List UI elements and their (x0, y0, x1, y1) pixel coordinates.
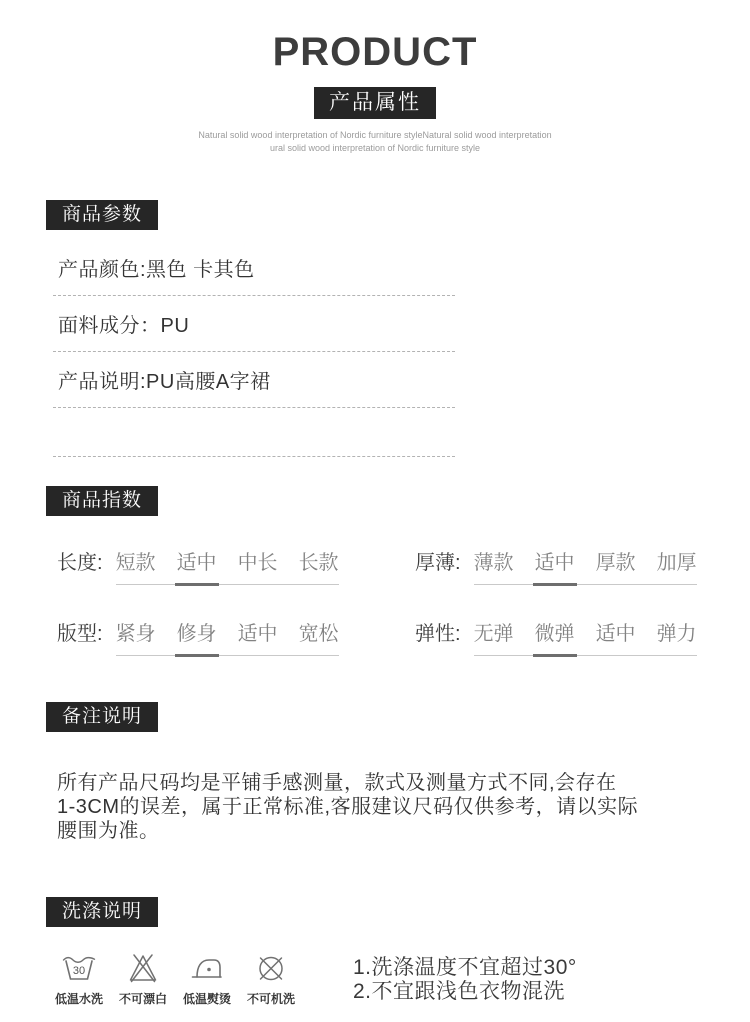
washing-item-label: 低温熨烫 (177, 990, 237, 1007)
index-grid: 长度: 短款 适中 中长 长款 厚薄: 薄款 适中 厚款 加厚 版型: (57, 546, 750, 656)
index-group-length: 长度: 短款 适中 中长 长款 (57, 546, 415, 585)
product-attribute-badge: 产品属性 (314, 87, 436, 119)
subtitle: Natural solid wood interpretation of Nor… (0, 129, 750, 155)
index-badge: 商品指数 (46, 486, 158, 516)
parameter-row-fabric: 面料成分：PU (53, 296, 455, 352)
index-group-label: 弹性: (415, 617, 461, 646)
remarks-badge: 备注说明 (46, 702, 158, 732)
washing-note-1: 1.洗涤温度不宜超过30° (353, 956, 577, 980)
index-option: 长款 (299, 546, 339, 575)
index-options: 短款 适中 中长 长款 (116, 546, 339, 585)
index-option: 微弹 (535, 617, 575, 646)
remark-line-2: 1-3CM的误差，属于正常标准,客服建议尺码仅供参考，请以实际 (57, 795, 657, 819)
no-bleach-icon (113, 949, 173, 985)
index-option: 宽松 (299, 617, 339, 646)
subtitle-line-2: ural solid wood interpretation of Nordic… (0, 142, 750, 155)
section-index: 商品指数 长度: 短款 适中 中长 长款 厚薄: 薄款 适中 厚款 加厚 (0, 457, 750, 656)
washing-item-label: 低温水洗 (49, 990, 109, 1007)
svg-text:30: 30 (73, 965, 85, 977)
remarks-text: 所有产品尺码均是平铺手感测量，款式及测量方式不同,会存在 1-3CM的误差，属于… (57, 771, 657, 843)
index-group-label: 长度: (57, 546, 103, 575)
index-option: 适中 (238, 617, 278, 646)
remark-line-1: 所有产品尺码均是平铺手感测量，款式及测量方式不同,会存在 (57, 771, 657, 795)
parameter-row-color: 产品颜色:黑色 卡其色 (53, 240, 455, 296)
parameters-list: 产品颜色:黑色 卡其色 面料成分：PU 产品说明:PU高腰A字裙 (53, 240, 455, 457)
index-group-elasticity: 弹性: 无弹 微弹 适中 弹力 (415, 617, 750, 656)
subtitle-line-1: Natural solid wood interpretation of Nor… (0, 129, 750, 142)
index-group-label: 版型: (57, 617, 103, 646)
washing-item-no-machine-wash: 不可机洗 (241, 949, 301, 1007)
index-option: 修身 (177, 617, 217, 646)
remark-line-3: 腰围为准。 (57, 819, 657, 843)
index-options: 无弹 微弹 适中 弹力 (474, 617, 697, 656)
iron-low-icon (177, 949, 237, 985)
washing-item-label: 不可机洗 (241, 990, 301, 1007)
index-group-label: 厚薄: (415, 546, 461, 575)
page-title: PRODUCT (0, 0, 750, 74)
index-option: 紧身 (116, 617, 156, 646)
index-option: 适中 (177, 546, 217, 575)
parameters-badge: 商品参数 (46, 200, 158, 230)
washing-item-low-iron: 低温熨烫 (177, 949, 237, 1007)
washing-item-no-bleach: 不可漂白 (113, 949, 173, 1007)
parameter-row-description: 产品说明:PU高腰A字裙 (53, 352, 455, 408)
washing-badge: 洗涤说明 (46, 897, 158, 927)
index-options: 薄款 适中 厚款 加厚 (474, 546, 697, 585)
index-option: 中长 (238, 546, 278, 575)
index-option: 厚款 (596, 546, 636, 575)
washing-item-low-temp-wash: 30 低温水洗 (49, 949, 109, 1007)
index-options: 紧身 修身 适中 宽松 (116, 617, 339, 656)
index-option: 薄款 (474, 546, 514, 575)
washing-row: 30 低温水洗 不可漂白 (49, 949, 750, 1007)
index-option: 适中 (535, 546, 575, 575)
index-option: 短款 (116, 546, 156, 575)
washing-item-label: 不可漂白 (113, 990, 173, 1007)
section-remarks: 备注说明 所有产品尺码均是平铺手感测量，款式及测量方式不同,会存在 1-3CM的… (0, 656, 750, 843)
index-group-thickness: 厚薄: 薄款 适中 厚款 加厚 (415, 546, 750, 585)
index-option: 弹力 (657, 617, 697, 646)
washing-notes: 1.洗涤温度不宜超过30° 2.不宜跟浅色衣物混洗 (353, 949, 577, 1004)
parameter-row-empty (53, 408, 455, 457)
index-group-fit: 版型: 紧身 修身 适中 宽松 (57, 617, 415, 656)
index-option: 无弹 (474, 617, 514, 646)
washing-note-2: 2.不宜跟浅色衣物混洗 (353, 980, 577, 1004)
index-option: 加厚 (657, 546, 697, 575)
product-detail-page: PRODUCT 产品属性 Natural solid wood interpre… (0, 0, 750, 1022)
washing-icons: 30 低温水洗 不可漂白 (49, 949, 301, 1007)
no-machine-wash-icon (241, 949, 301, 985)
section-parameters: 商品参数 产品颜色:黑色 卡其色 面料成分：PU 产品说明:PU高腰A字裙 (0, 155, 750, 457)
wash-30-icon: 30 (49, 949, 109, 985)
section-washing: 洗涤说明 30 低温水洗 (0, 843, 750, 1007)
index-option: 适中 (596, 617, 636, 646)
